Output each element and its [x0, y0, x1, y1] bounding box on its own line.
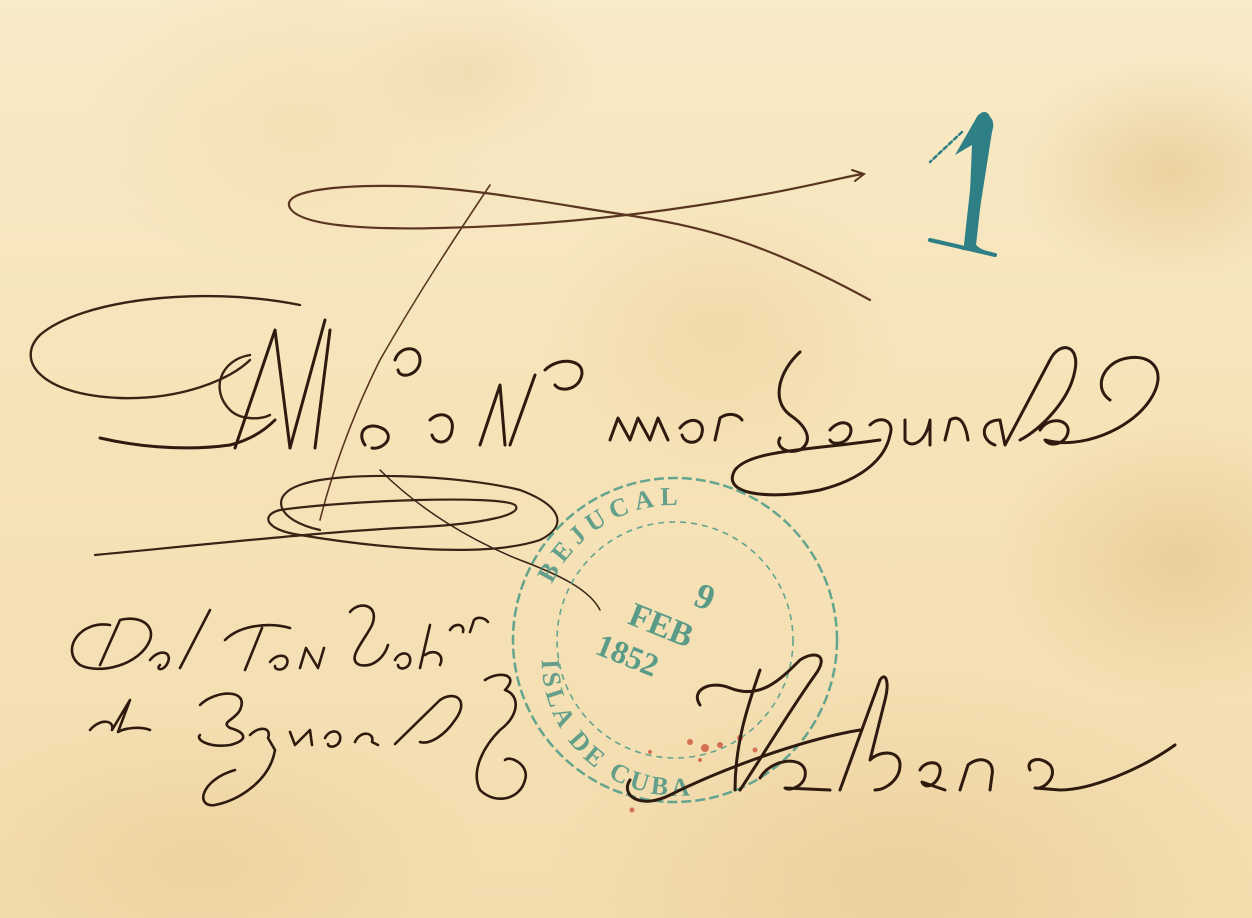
handwriting-layer: BEJUCAL ISLA DE CUBA 9 FEB 1852 [0, 0, 1252, 918]
address-line [100, 320, 1158, 495]
destination-strokes [627, 655, 1175, 801]
letter-cover: BEJUCAL ISLA DE CUBA 9 FEB 1852 [0, 0, 1252, 918]
rate-mark [930, 114, 995, 255]
top-flourish [289, 170, 870, 520]
sender-block-strokes [72, 606, 526, 806]
address-flourish [31, 296, 300, 418]
postmark-day: 9 [689, 575, 721, 619]
middle-flourish [95, 470, 600, 610]
